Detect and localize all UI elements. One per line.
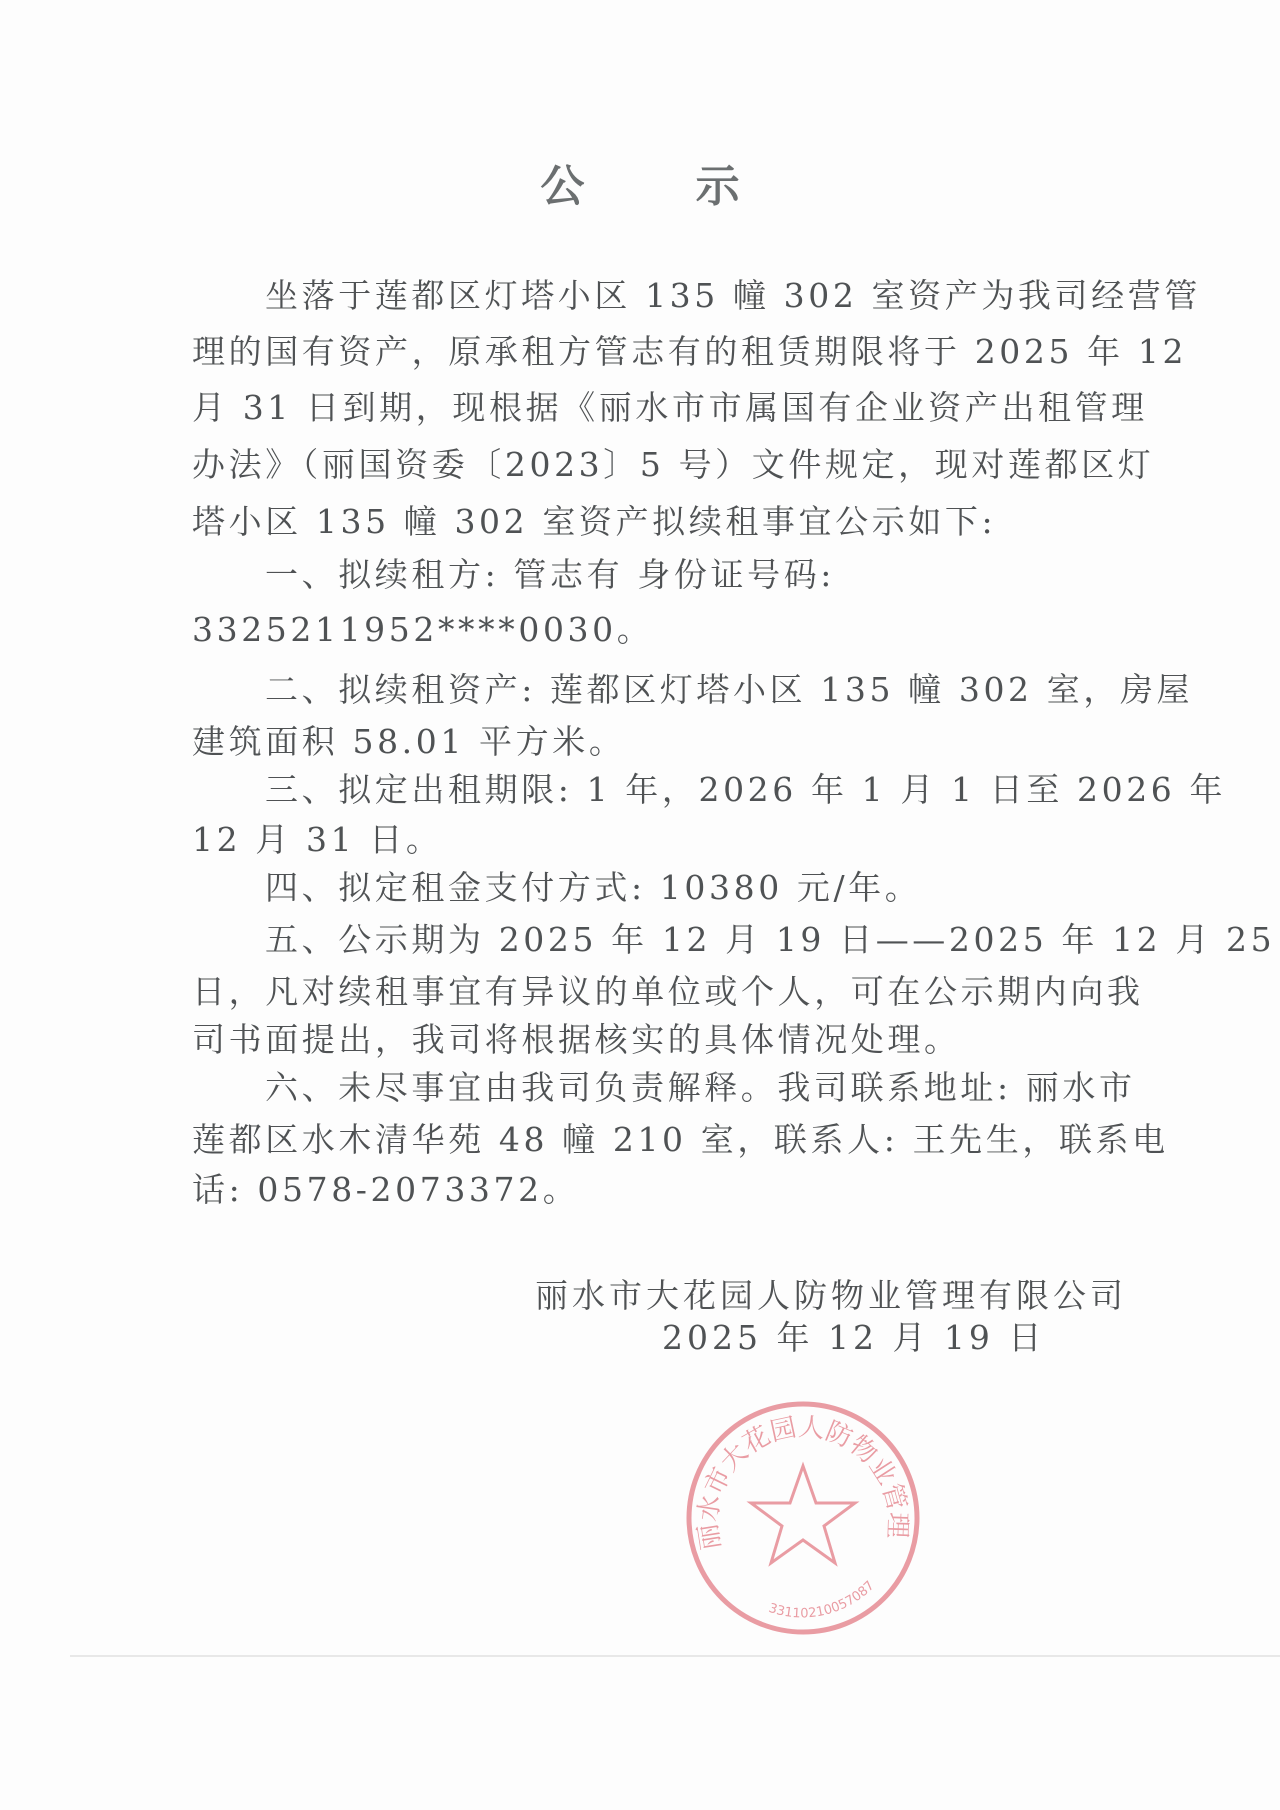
company-seal-icon: 丽水市大花园人防物业管理有限公司 3311021005708​7 (683, 1398, 923, 1638)
item-3-line: 三、拟定出租期限: 1 年，2026 年 1 月 1 日至 2026 年 (265, 770, 1226, 810)
item-2-line: 二、拟续租资产: 莲都区灯塔小区 135 幢 302 室，房屋 (265, 670, 1193, 710)
paragraph-line: 月 31 日到期，现根据《丽水市市属国有企业资产出租管理 (192, 388, 1148, 428)
svg-text:丽水市大花园人防物业管理有限公司: 丽水市大花园人防物业管理有限公司 (683, 1398, 912, 1552)
item-3-line: 12 月 31 日。 (192, 820, 442, 860)
paragraph-line: 办法》（丽国资委〔2023〕5 号）文件规定，现对莲都区灯 (192, 445, 1154, 485)
item-5-line: 五、公示期为 2025 年 12 月 19 日——2025 年 12 月 25 (265, 920, 1275, 960)
document-title: 公 示 (0, 150, 1280, 214)
item-6-line: 莲都区水木清华苑 48 幢 210 室，联系人: 王先生，联系电 (192, 1120, 1169, 1160)
id-number-line: 3325211952****0030。 (192, 610, 653, 650)
signature-company: 丽水市大花园人防物业管理有限公司 (535, 1276, 1127, 1316)
item-5-line: 日，凡对续租事宜有异议的单位或个人，可在公示期内向我 (192, 972, 1144, 1012)
item-5-line: 司书面提出，我司将根据核实的具体情况处理。 (192, 1020, 961, 1060)
item-4-line: 四、拟定租金支付方式: 10380 元/年。 (265, 868, 921, 908)
item-1-line: 一、拟续租方: 管志有 身份证号码: (265, 555, 835, 595)
item-6-line: 话: 0578-2073372。 (192, 1170, 579, 1210)
item-2-line: 建筑面积 58.01 平方米。 (192, 722, 625, 762)
item-6-line: 六、未尽事宜由我司负责解释。我司联系地址: 丽水市 (265, 1068, 1136, 1108)
paragraph-line: 坐落于莲都区灯塔小区 135 幢 302 室资产为我司经营管 (265, 276, 1201, 316)
paragraph-line: 塔小区 135 幢 302 室资产拟续租事宜公示如下: (192, 502, 996, 542)
signature-date: 2025 年 12 月 19 日 (662, 1318, 1045, 1358)
scan-artifact-divider (70, 1655, 1280, 1657)
document-page: 公 示 坐落于莲都区灯塔小区 135 幢 302 室资产为我司经营管 理的国有资… (0, 0, 1280, 1810)
paragraph-line: 理的国有资产，原承租方管志有的租赁期限将于 2025 年 12 (192, 332, 1187, 372)
